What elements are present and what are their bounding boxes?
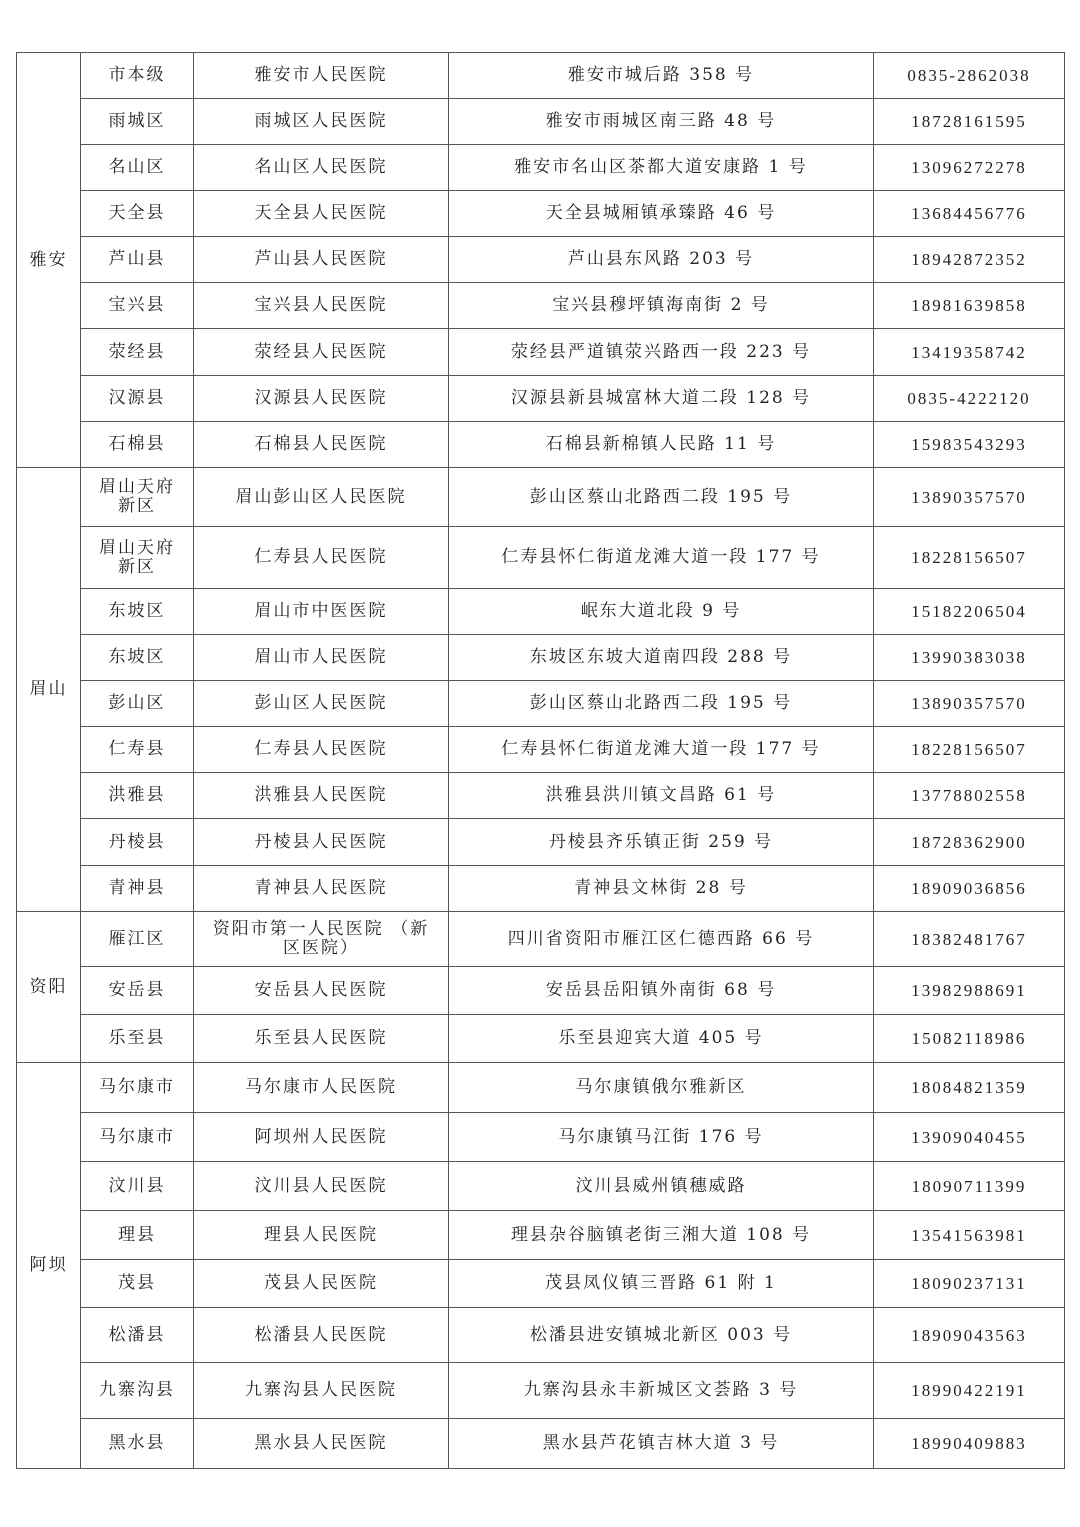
- table-row: 芦山县芦山县人民医院芦山县东风路 203 号18942872352: [17, 237, 1065, 283]
- district-cell: 九寨沟县: [81, 1363, 194, 1419]
- district-cell: 石棉县: [81, 422, 194, 468]
- phone-cell: 18981639858: [874, 283, 1065, 329]
- address-cell: 青神县文林街 28 号: [449, 866, 874, 912]
- city-cell: 阿坝: [17, 1063, 81, 1469]
- district-cell: 茂县: [81, 1260, 194, 1308]
- hospital-name-cell: 资阳市第一人民医院 （新区医院）: [194, 912, 449, 967]
- address-cell: 洪雅县洪川镇文昌路 61 号: [449, 773, 874, 819]
- address-cell: 四川省资阳市雁江区仁德西路 66 号: [449, 912, 874, 967]
- phone-cell: 18084821359: [874, 1063, 1065, 1113]
- phone-cell: 15182206504: [874, 589, 1065, 635]
- district-cell: 黑水县: [81, 1419, 194, 1469]
- table-row: 洪雅县洪雅县人民医院洪雅县洪川镇文昌路 61 号13778802558: [17, 773, 1065, 819]
- address-cell: 九寨沟县永丰新城区文荟路 3 号: [449, 1363, 874, 1419]
- address-cell: 黑水县芦花镇吉林大道 3 号: [449, 1419, 874, 1469]
- phone-cell: 13541563981: [874, 1211, 1065, 1260]
- table-row: 东坡区眉山市中医医院岷东大道北段 9 号15182206504: [17, 589, 1065, 635]
- phone-cell: 13890357570: [874, 681, 1065, 727]
- phone-cell: 13684456776: [874, 191, 1065, 237]
- table-row: 理县理县人民医院理县杂谷脑镇老街三湘大道 108 号13541563981: [17, 1211, 1065, 1260]
- address-cell: 汉源县新县城富林大道二段 128 号: [449, 376, 874, 422]
- table-row: 丹棱县丹棱县人民医院丹棱县齐乐镇正街 259 号18728362900: [17, 819, 1065, 866]
- phone-cell: 18909036856: [874, 866, 1065, 912]
- hospital-name-cell: 彭山区人民医院: [194, 681, 449, 727]
- table-row: 黑水县黑水县人民医院黑水县芦花镇吉林大道 3 号18990409883: [17, 1419, 1065, 1469]
- phone-cell: 13096272278: [874, 145, 1065, 191]
- address-cell: 荥经县严道镇荥兴路西一段 223 号: [449, 329, 874, 376]
- hospital-name-cell: 芦山县人民医院: [194, 237, 449, 283]
- phone-cell: 18728362900: [874, 819, 1065, 866]
- table-row: 雨城区雨城区人民医院雅安市雨城区南三路 48 号18728161595: [17, 99, 1065, 145]
- district-cell: 雨城区: [81, 99, 194, 145]
- hospital-directory-table: 雅安市本级雅安市人民医院雅安市城后路 358 号0835-2862038雨城区雨…: [16, 52, 1065, 1469]
- phone-cell: 18228156507: [874, 727, 1065, 773]
- table-row: 乐至县乐至县人民医院乐至县迎宾大道 405 号15082118986: [17, 1015, 1065, 1063]
- hospital-name-cell: 宝兴县人民医院: [194, 283, 449, 329]
- hospital-name-cell: 眉山彭山区人民医院: [194, 468, 449, 527]
- table-row: 仁寿县仁寿县人民医院仁寿县怀仁街道龙滩大道一段 177 号18228156507: [17, 727, 1065, 773]
- phone-cell: 18090237131: [874, 1260, 1065, 1308]
- table-row: 马尔康市阿坝州人民医院马尔康镇马江街 176 号13909040455: [17, 1113, 1065, 1162]
- hospital-name-cell: 松潘县人民医院: [194, 1308, 449, 1363]
- phone-cell: 18728161595: [874, 99, 1065, 145]
- district-cell: 理县: [81, 1211, 194, 1260]
- phone-cell: 13890357570: [874, 468, 1065, 527]
- district-cell: 芦山县: [81, 237, 194, 283]
- phone-cell: 18228156507: [874, 527, 1065, 589]
- address-cell: 雅安市雨城区南三路 48 号: [449, 99, 874, 145]
- hospital-name-cell: 荥经县人民医院: [194, 329, 449, 376]
- hospital-name-cell: 茂县人民医院: [194, 1260, 449, 1308]
- address-cell: 安岳县岳阳镇外南街 68 号: [449, 967, 874, 1015]
- address-cell: 芦山县东风路 203 号: [449, 237, 874, 283]
- district-cell: 洪雅县: [81, 773, 194, 819]
- hospital-name-cell: 汉源县人民医院: [194, 376, 449, 422]
- table-row: 眉山天府新区仁寿县人民医院仁寿县怀仁街道龙滩大道一段 177 号18228156…: [17, 527, 1065, 589]
- table-row: 天全县天全县人民医院天全县城厢镇承臻路 46 号13684456776: [17, 191, 1065, 237]
- hospital-name-cell: 眉山市中医医院: [194, 589, 449, 635]
- table-row: 荥经县荥经县人民医院荥经县严道镇荥兴路西一段 223 号13419358742: [17, 329, 1065, 376]
- city-cell: 资阳: [17, 912, 81, 1063]
- district-cell: 宝兴县: [81, 283, 194, 329]
- phone-cell: 18942872352: [874, 237, 1065, 283]
- district-cell: 丹棱县: [81, 819, 194, 866]
- city-cell: 眉山: [17, 468, 81, 912]
- address-cell: 仁寿县怀仁街道龙滩大道一段 177 号: [449, 727, 874, 773]
- hospital-name-cell: 仁寿县人民医院: [194, 527, 449, 589]
- table-row: 九寨沟县九寨沟县人民医院九寨沟县永丰新城区文荟路 3 号18990422191: [17, 1363, 1065, 1419]
- table-row: 石棉县石棉县人民医院石棉县新棉镇人民路 11 号15983543293: [17, 422, 1065, 468]
- hospital-name-cell: 青神县人民医院: [194, 866, 449, 912]
- address-cell: 彭山区蔡山北路西二段 195 号: [449, 681, 874, 727]
- district-cell: 松潘县: [81, 1308, 194, 1363]
- address-cell: 松潘县进安镇城北新区 003 号: [449, 1308, 874, 1363]
- address-cell: 东坡区东坡大道南四段 288 号: [449, 635, 874, 681]
- table-row: 名山区名山区人民医院雅安市名山区茶都大道安康路 1 号13096272278: [17, 145, 1065, 191]
- table-row: 彭山区彭山区人民医院彭山区蔡山北路西二段 195 号13890357570: [17, 681, 1065, 727]
- hospital-name-cell: 阿坝州人民医院: [194, 1113, 449, 1162]
- hospital-name-cell: 马尔康市人民医院: [194, 1063, 449, 1113]
- district-cell: 乐至县: [81, 1015, 194, 1063]
- phone-cell: 18990409883: [874, 1419, 1065, 1469]
- district-cell: 天全县: [81, 191, 194, 237]
- district-cell: 市本级: [81, 53, 194, 99]
- table-row: 眉山眉山天府新区眉山彭山区人民医院彭山区蔡山北路西二段 195 号1389035…: [17, 468, 1065, 527]
- table-row: 汶川县汶川县人民医院汶川县威州镇穗威路18090711399: [17, 1162, 1065, 1211]
- address-cell: 理县杂谷脑镇老街三湘大道 108 号: [449, 1211, 874, 1260]
- hospital-name-cell: 石棉县人民医院: [194, 422, 449, 468]
- phone-cell: 18382481767: [874, 912, 1065, 967]
- district-cell: 汉源县: [81, 376, 194, 422]
- district-cell: 眉山天府新区: [81, 468, 194, 527]
- phone-cell: 18090711399: [874, 1162, 1065, 1211]
- district-cell: 青神县: [81, 866, 194, 912]
- phone-cell: 13982988691: [874, 967, 1065, 1015]
- hospital-name-cell: 仁寿县人民医院: [194, 727, 449, 773]
- district-cell: 安岳县: [81, 967, 194, 1015]
- district-cell: 彭山区: [81, 681, 194, 727]
- phone-cell: 18990422191: [874, 1363, 1065, 1419]
- address-cell: 雅安市名山区茶都大道安康路 1 号: [449, 145, 874, 191]
- address-cell: 天全县城厢镇承臻路 46 号: [449, 191, 874, 237]
- table-row: 资阳雁江区资阳市第一人民医院 （新区医院）四川省资阳市雁江区仁德西路 66 号1…: [17, 912, 1065, 967]
- phone-cell: 0835-4222120: [874, 376, 1065, 422]
- district-cell: 荥经县: [81, 329, 194, 376]
- district-cell: 雁江区: [81, 912, 194, 967]
- phone-cell: 0835-2862038: [874, 53, 1065, 99]
- phone-cell: 15983543293: [874, 422, 1065, 468]
- hospital-name-cell: 理县人民医院: [194, 1211, 449, 1260]
- hospital-name-cell: 雨城区人民医院: [194, 99, 449, 145]
- district-cell: 名山区: [81, 145, 194, 191]
- hospital-name-cell: 黑水县人民医院: [194, 1419, 449, 1469]
- district-cell: 东坡区: [81, 589, 194, 635]
- table-row: 汉源县汉源县人民医院汉源县新县城富林大道二段 128 号0835-4222120: [17, 376, 1065, 422]
- district-cell: 汶川县: [81, 1162, 194, 1211]
- district-cell: 眉山天府新区: [81, 527, 194, 589]
- city-cell: 雅安: [17, 53, 81, 468]
- address-cell: 石棉县新棉镇人民路 11 号: [449, 422, 874, 468]
- phone-cell: 15082118986: [874, 1015, 1065, 1063]
- hospital-name-cell: 乐至县人民医院: [194, 1015, 449, 1063]
- address-cell: 丹棱县齐乐镇正街 259 号: [449, 819, 874, 866]
- address-cell: 茂县凤仪镇三晋路 61 附 1: [449, 1260, 874, 1308]
- address-cell: 仁寿县怀仁街道龙滩大道一段 177 号: [449, 527, 874, 589]
- phone-cell: 13419358742: [874, 329, 1065, 376]
- hospital-name-cell: 天全县人民医院: [194, 191, 449, 237]
- phone-cell: 13778802558: [874, 773, 1065, 819]
- hospital-name-cell: 雅安市人民医院: [194, 53, 449, 99]
- table-row: 安岳县安岳县人民医院安岳县岳阳镇外南街 68 号13982988691: [17, 967, 1065, 1015]
- hospital-name-cell: 安岳县人民医院: [194, 967, 449, 1015]
- phone-cell: 18909043563: [874, 1308, 1065, 1363]
- address-cell: 马尔康镇俄尔雅新区: [449, 1063, 874, 1113]
- district-cell: 仁寿县: [81, 727, 194, 773]
- table-row: 青神县青神县人民医院青神县文林街 28 号18909036856: [17, 866, 1065, 912]
- hospital-name-cell: 洪雅县人民医院: [194, 773, 449, 819]
- district-cell: 东坡区: [81, 635, 194, 681]
- table-body: 雅安市本级雅安市人民医院雅安市城后路 358 号0835-2862038雨城区雨…: [17, 53, 1065, 1469]
- address-cell: 岷东大道北段 9 号: [449, 589, 874, 635]
- address-cell: 雅安市城后路 358 号: [449, 53, 874, 99]
- table-row: 宝兴县宝兴县人民医院宝兴县穆坪镇海南街 2 号18981639858: [17, 283, 1065, 329]
- table-row: 松潘县松潘县人民医院松潘县进安镇城北新区 003 号18909043563: [17, 1308, 1065, 1363]
- hospital-name-cell: 眉山市人民医院: [194, 635, 449, 681]
- address-cell: 汶川县威州镇穗威路: [449, 1162, 874, 1211]
- table-row: 东坡区眉山市人民医院东坡区东坡大道南四段 288 号13990383038: [17, 635, 1065, 681]
- address-cell: 马尔康镇马江街 176 号: [449, 1113, 874, 1162]
- phone-cell: 13909040455: [874, 1113, 1065, 1162]
- district-cell: 马尔康市: [81, 1113, 194, 1162]
- table-row: 阿坝马尔康市马尔康市人民医院马尔康镇俄尔雅新区18084821359: [17, 1063, 1065, 1113]
- table-row: 雅安市本级雅安市人民医院雅安市城后路 358 号0835-2862038: [17, 53, 1065, 99]
- address-cell: 彭山区蔡山北路西二段 195 号: [449, 468, 874, 527]
- hospital-name-cell: 九寨沟县人民医院: [194, 1363, 449, 1419]
- address-cell: 乐至县迎宾大道 405 号: [449, 1015, 874, 1063]
- table-row: 茂县茂县人民医院茂县凤仪镇三晋路 61 附 118090237131: [17, 1260, 1065, 1308]
- hospital-name-cell: 名山区人民医院: [194, 145, 449, 191]
- hospital-name-cell: 汶川县人民医院: [194, 1162, 449, 1211]
- address-cell: 宝兴县穆坪镇海南街 2 号: [449, 283, 874, 329]
- hospital-name-cell: 丹棱县人民医院: [194, 819, 449, 866]
- phone-cell: 13990383038: [874, 635, 1065, 681]
- district-cell: 马尔康市: [81, 1063, 194, 1113]
